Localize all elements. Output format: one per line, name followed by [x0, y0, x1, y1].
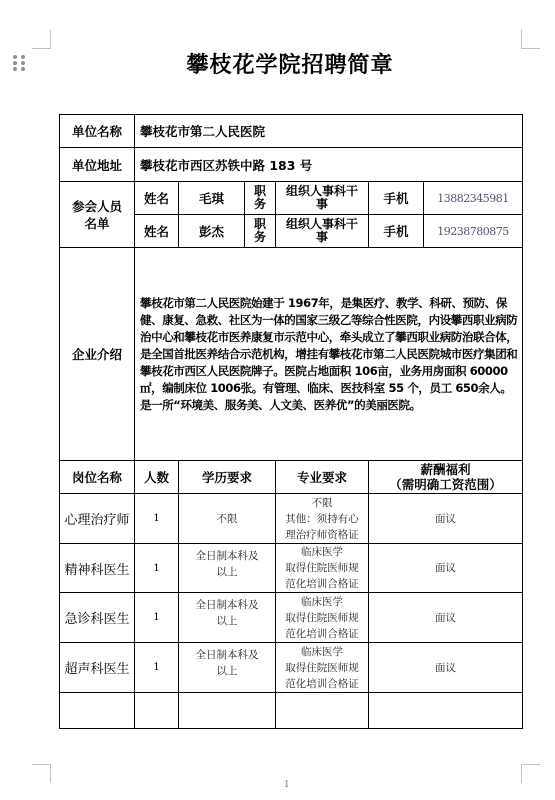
table-row: 心理治疗师 1 不限 不限 其他：须持有心 理治疗师资格证 面议 — [60, 494, 523, 544]
name-label: 姓名 — [135, 182, 179, 215]
empty-cell[interactable] — [179, 693, 276, 729]
job-major-line: 范化培训合格证 — [276, 576, 368, 592]
job-salary[interactable]: 面议 — [369, 593, 523, 643]
job-education[interactable]: 不限 — [179, 494, 276, 544]
job-major-line: 不限 — [276, 495, 368, 511]
attendee-name[interactable]: 毛琪 — [179, 182, 245, 215]
job-count[interactable]: 1 — [135, 593, 179, 643]
job-education[interactable]: 全日制本科及以上 — [179, 593, 276, 643]
job-position[interactable]: 急诊科医生 — [60, 593, 135, 643]
job-major-line: 范化培训合格证 — [276, 676, 368, 692]
attendee-phone[interactable]: 19238780875 — [424, 215, 523, 248]
page-number: 1 — [284, 780, 290, 790]
attendee-duty[interactable]: 组织人事科干事 — [276, 215, 369, 248]
job-major-line: 其他：须持有心 — [276, 511, 368, 527]
document-title: 攀枝花学院招聘简章 — [0, 48, 555, 79]
name-label: 姓名 — [135, 215, 179, 248]
job-education[interactable]: 全日制本科及以上 — [179, 544, 276, 593]
header-count: 人数 — [135, 461, 179, 494]
unit-name-value[interactable]: 攀枝花市第二人民医院 — [135, 115, 523, 148]
job-major[interactable]: 临床医学 取得住院医师规 范化培训合格证 — [276, 643, 369, 693]
job-position[interactable]: 超声科医生 — [60, 643, 135, 693]
empty-cell[interactable] — [135, 693, 179, 729]
header-salary-title: 薪酬福利 — [369, 462, 522, 477]
phone-label: 手机 — [369, 215, 424, 248]
header-salary: 薪酬福利 （需明确工资范围） — [369, 461, 523, 494]
job-major-line: 临床医学 — [276, 594, 368, 610]
job-major-line: 理治疗师资格证 — [276, 527, 368, 543]
job-salary[interactable]: 面议 — [369, 494, 523, 544]
job-major[interactable]: 不限 其他：须持有心 理治疗师资格证 — [276, 494, 369, 544]
attendee-duty[interactable]: 组织人事科干事 — [276, 182, 369, 215]
job-count[interactable]: 1 — [135, 494, 179, 544]
job-major[interactable]: 临床医学 取得住院医师规 范化培训合格证 — [276, 544, 369, 593]
empty-cell[interactable] — [276, 693, 369, 729]
job-major-line: 临床医学 — [276, 644, 368, 660]
job-count[interactable]: 1 — [135, 643, 179, 693]
intro-text[interactable]: 攀枝花市第二人民医院始建于 1967年，是集医疗、教学、科研、预防、保健、康复、… — [135, 248, 523, 461]
attendee-phone[interactable]: 13882345981 — [424, 182, 523, 215]
empty-cell[interactable] — [369, 693, 523, 729]
unit-address-value[interactable]: 攀枝花市西区苏铁中路 183 号 — [135, 148, 523, 182]
table-row: 精神科医生 1 全日制本科及以上 临床医学 取得住院医师规 范化培训合格证 面议 — [60, 544, 523, 593]
header-major: 专业要求 — [276, 461, 369, 494]
unit-info-table: 单位名称 攀枝花市第二人民医院 单位地址 攀枝花市西区苏铁中路 183 号 参会… — [59, 114, 523, 461]
job-major-line: 临床医学 — [276, 544, 368, 560]
job-count[interactable]: 1 — [135, 544, 179, 593]
job-table: 岗位名称 人数 学历要求 专业要求 薪酬福利 （需明确工资范围） 心理治疗师 1… — [59, 460, 523, 729]
phone-label: 手机 — [369, 182, 424, 215]
job-table-header: 岗位名称 人数 学历要求 专业要求 薪酬福利 （需明确工资范围） — [60, 461, 523, 494]
page-corner-mark-top-right — [521, 30, 540, 49]
unit-name-label: 单位名称 — [60, 115, 135, 148]
unit-name-row: 单位名称 攀枝花市第二人民医院 — [60, 115, 523, 148]
empty-cell[interactable] — [60, 693, 135, 729]
job-position[interactable]: 精神科医生 — [60, 544, 135, 593]
header-education: 学历要求 — [179, 461, 276, 494]
job-major-line: 取得住院医师规 — [276, 560, 368, 576]
job-major[interactable]: 临床医学 取得住院医师规 范化培训合格证 — [276, 593, 369, 643]
attendee-row: 参会人员名单 姓名 毛琪 职务 组织人事科干事 手机 13882345981 — [60, 182, 523, 215]
attendee-name[interactable]: 彭杰 — [179, 215, 245, 248]
job-position[interactable]: 心理治疗师 — [60, 494, 135, 544]
unit-address-row: 单位地址 攀枝花市西区苏铁中路 183 号 — [60, 148, 523, 182]
intro-label: 企业介绍 — [60, 248, 135, 461]
header-position: 岗位名称 — [60, 461, 135, 494]
job-major-line: 范化培训合格证 — [276, 626, 368, 642]
job-major-line: 取得住院医师规 — [276, 660, 368, 676]
page-corner-mark-top-left — [32, 30, 51, 49]
page-corner-mark-bottom-left — [32, 764, 51, 783]
job-salary[interactable]: 面议 — [369, 544, 523, 593]
job-salary[interactable]: 面议 — [369, 643, 523, 693]
job-education[interactable]: 全日制本科及以上 — [179, 643, 276, 693]
attendees-label: 参会人员名单 — [60, 182, 135, 248]
page-corner-mark-bottom-right — [521, 764, 540, 783]
unit-address-label: 单位地址 — [60, 148, 135, 182]
duty-label: 职务 — [245, 215, 276, 248]
duty-label: 职务 — [245, 182, 276, 215]
table-row: 超声科医生 1 全日制本科及以上 临床医学 取得住院医师规 范化培训合格证 面议 — [60, 643, 523, 693]
empty-row — [60, 693, 523, 729]
job-major-line: 取得住院医师规 — [276, 610, 368, 626]
intro-row: 企业介绍 攀枝花市第二人民医院始建于 1967年，是集医疗、教学、科研、预防、保… — [60, 248, 523, 461]
table-row: 急诊科医生 1 全日制本科及以上 临床医学 取得住院医师规 范化培训合格证 面议 — [60, 593, 523, 643]
header-salary-note: （需明确工资范围） — [369, 477, 522, 492]
